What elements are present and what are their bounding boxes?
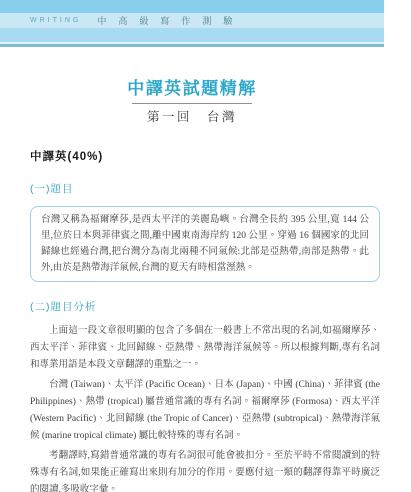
header-band-top <box>0 0 384 13</box>
analysis-paragraph: 考翻譯時,寫錯普通常識的專有名詞很可能會被扣分。至於平時不常閱讀到的特殊專有名詞… <box>30 448 380 492</box>
title-block: 中譯英試題精解 第一回 台灣 <box>0 74 384 125</box>
analysis-paragraph: 台灣 (Taiwan)、太平洋 (Pacific Ocean)、日本 (Japa… <box>30 377 380 445</box>
header-test-title: 中高級寫作測驗 <box>97 14 244 27</box>
title-divider <box>132 103 252 104</box>
question-box-text: 台灣又稱為福爾摩莎,是西太平洋的美麗島嶼。台灣全長約 395 公里,寬 144 … <box>41 212 369 276</box>
subsection-heading-question: (一)題目 <box>30 181 380 196</box>
page-title: 中譯英試題精解 <box>0 74 384 99</box>
book-page: WRITING 中高級寫作測驗 中譯英試題精解 第一回 台灣 中譯英(40%) … <box>0 0 411 492</box>
header-band-middle: WRITING 中高級寫作測驗 <box>0 13 384 28</box>
header-rule <box>0 44 384 47</box>
subsection-heading-analysis: (二)題目分析 <box>30 299 380 314</box>
header-writing-label: WRITING <box>30 17 81 24</box>
section-title-translation: 中譯英(40%) <box>30 148 380 164</box>
page-content: 中譯英(40%) (一)題目 台灣又稱為福爾摩莎,是西太平洋的美麗島嶼。台灣全長… <box>30 140 380 492</box>
question-box: 台灣又稱為福爾摩莎,是西太平洋的美麗島嶼。台灣全長約 395 公里,寬 144 … <box>30 206 380 282</box>
page-subtitle: 第一回 台灣 <box>0 107 384 125</box>
header-band-bottom <box>0 28 384 42</box>
analysis-paragraph: 上面這一段文章很明顯的包含了多個在一般書上不常出現的名詞,如福爾摩莎、西太平洋、… <box>30 323 380 374</box>
page-header-banner: WRITING 中高級寫作測驗 <box>0 0 384 47</box>
